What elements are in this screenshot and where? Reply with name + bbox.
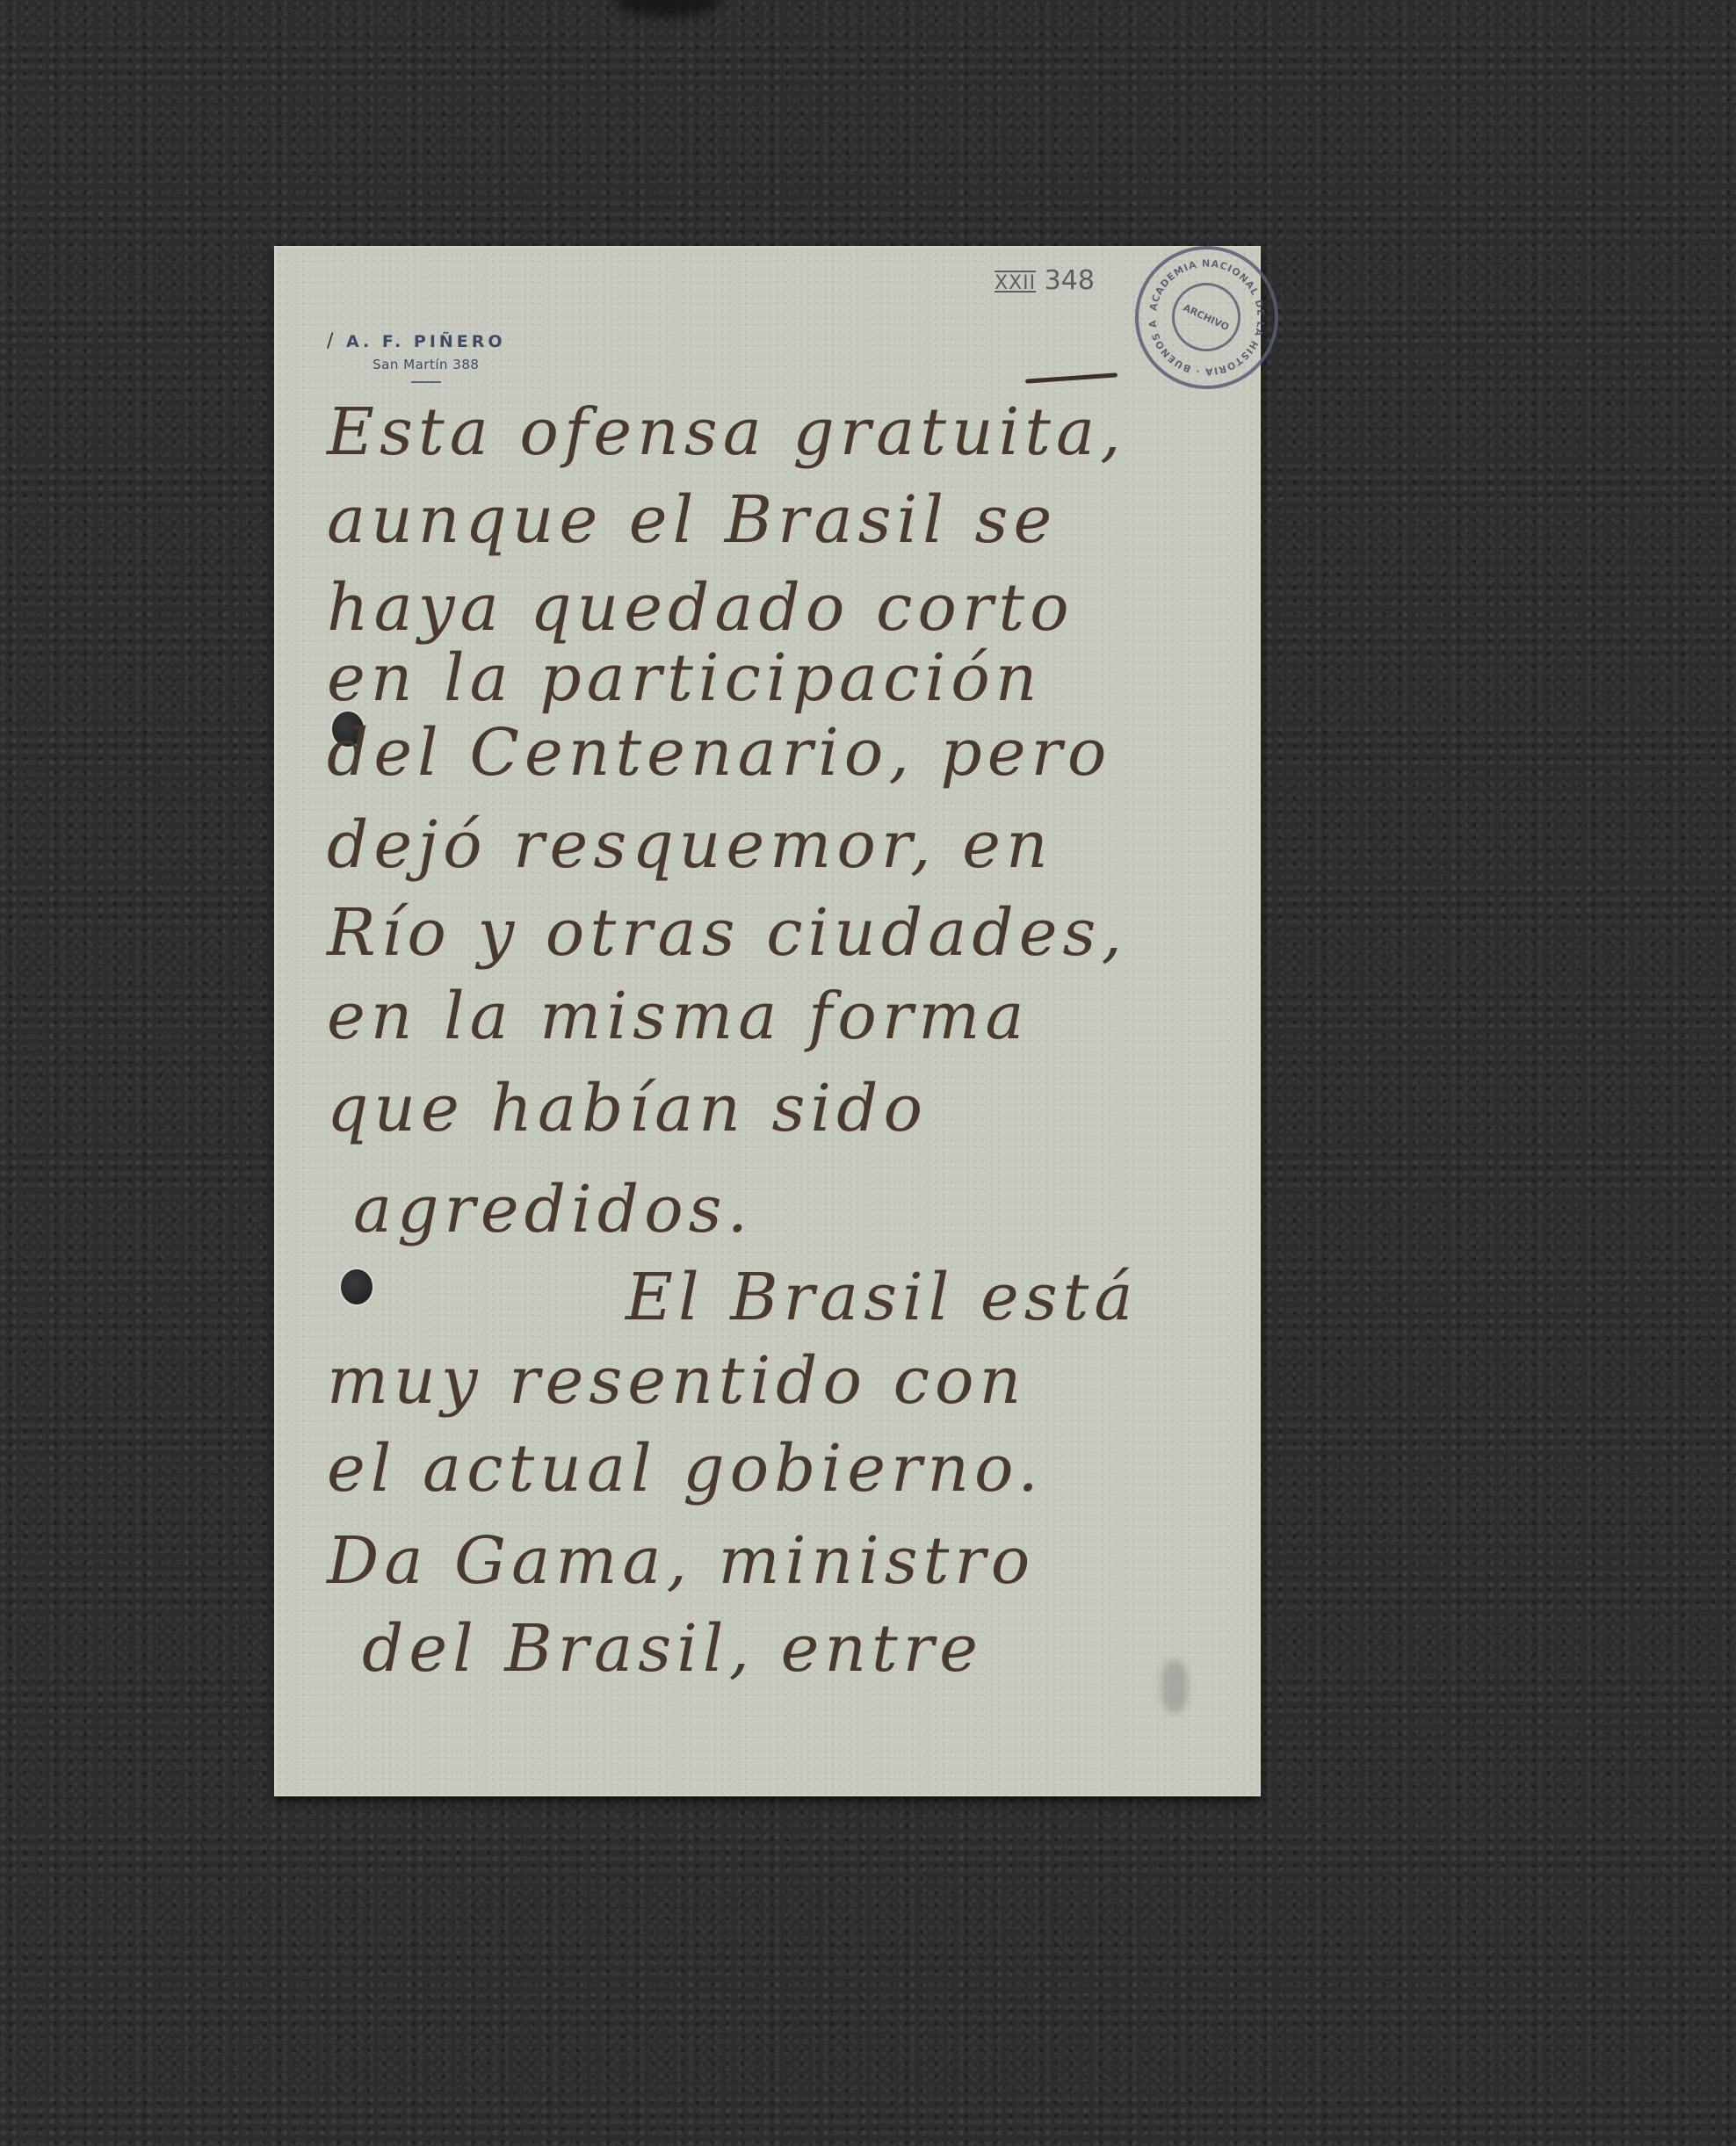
letter-line: en la participación — [327, 646, 1042, 711]
letter-line: Río y otras ciudades, — [327, 900, 1127, 965]
ink-stain — [1161, 1660, 1188, 1713]
letter-line: Da Gama, ministro — [327, 1528, 1035, 1593]
letter-line: el actual gobierno. — [327, 1436, 1044, 1501]
letter-line: muy resentido con — [327, 1348, 1026, 1413]
letter-line: aunque el Brasil se — [327, 488, 1057, 553]
t-cross-stroke — [1025, 372, 1118, 383]
letter-page: / A. F. PIÑERO San Martín 388 XXII 348 A… — [274, 246, 1261, 1796]
letter-line: El Brasil está — [626, 1265, 1139, 1330]
letter-line: haya quedado corto — [327, 575, 1074, 640]
letter-line: del Centenario, pero — [327, 720, 1111, 785]
letter-line: del Brasil, entre — [362, 1616, 983, 1681]
letter-line: en la misma forma — [327, 984, 1030, 1049]
handwritten-letter-body: Esta ofensa gratuita, aunque el Brasil s… — [274, 246, 1261, 1796]
letter-line: agredidos. — [353, 1177, 753, 1242]
letter-line: Esta ofensa gratuita, — [327, 400, 1126, 465]
letter-line: dejó resquemor, en — [327, 813, 1053, 878]
letter-line: que habían sido — [327, 1076, 928, 1141]
top-smudge — [615, 0, 720, 18]
